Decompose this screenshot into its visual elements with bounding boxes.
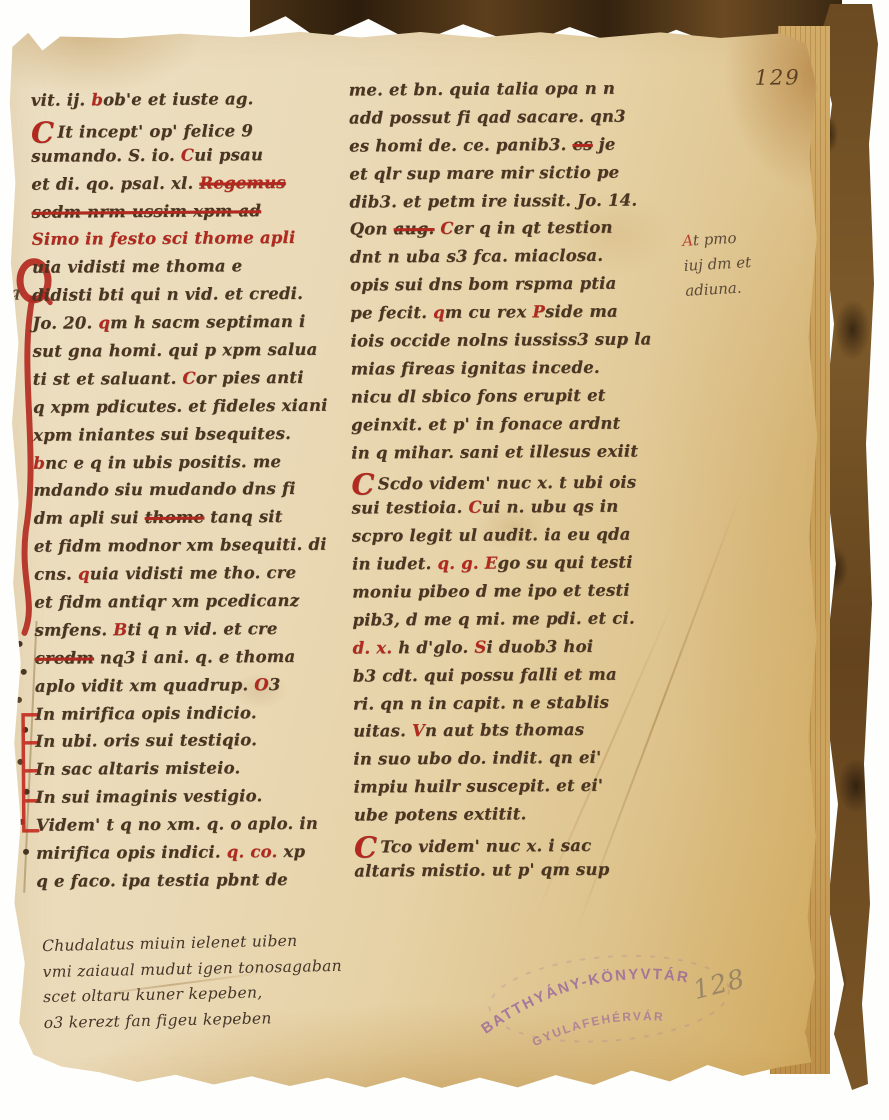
text-line: nicu dl sbico fons erupit et (351, 385, 686, 415)
text-line: d. x. h d'glo. Si duob3 hoi (353, 636, 688, 666)
text-line: xpm iniantes sui bsequites. (33, 423, 348, 453)
text-line: smfens. Bti q n vid. et cre (34, 618, 349, 648)
parchment-page: 129 q vit. ij. bob'e et iuste ag.CIt inc… (0, 17, 856, 1103)
text-line: add possut fi qad sacare. qn3 (349, 106, 684, 136)
text-line: dib3. et petm ire iussit. Jo. 14. (349, 190, 684, 220)
text-line: ti st et saluant. Cor pies anti (33, 367, 348, 397)
text-line: et di. qo. psal. xl. Regemus (31, 172, 346, 202)
text-line: cns. quia vidisti me tho. cre (34, 563, 349, 593)
text-line: in q mihar. sani et illesus exiit (351, 441, 686, 471)
text-line: dm apli sui thome tanq sit (34, 507, 349, 537)
text-line: in iudet. q. g. Ego su qui testi (352, 552, 687, 582)
text-line: pib3, d me q mi. me pdi. et ci. (352, 608, 687, 638)
svg-text:GYULAFEHÉRVÁR: GYULAFEHÉRVÁR (528, 1006, 667, 1050)
text-line: et fidm antiqr xm pcedicanz (34, 591, 349, 621)
text-line: Qon aug. Cer q in qt testion (350, 218, 685, 248)
text-line: dnt n uba s3 fca. miaclosa. (350, 246, 685, 276)
text-line: In sac altaris misteio. (35, 758, 350, 788)
text-line: in suo ubo do. indit. qn ei' (353, 748, 688, 778)
stamp-line-2: GYULAFEHÉRVÁR (528, 1006, 667, 1050)
text-line: sumando. S. io. Cui psau (31, 144, 346, 174)
text-line: sui testioia. Cui n. ubu qs in (352, 497, 687, 527)
text-line: q e faco. ipa testia pbnt de (36, 869, 351, 899)
text-line: Simo in festo sci thome apli (32, 228, 347, 258)
text-line: In sui imaginis vestigio. (36, 786, 351, 816)
text-line: es homi de. ce. panib3. es je (349, 134, 684, 164)
text-line: CTco videm' nuc x. i sac (354, 831, 689, 861)
text-line: aplo vidit xm quadrup. O3 (35, 674, 350, 704)
text-line: opis sui dns bom rspma ptia (350, 273, 685, 303)
text-line: CScdo videm' nuc x. t ubi ois (351, 469, 686, 499)
text-line: impiu huilr suscepit. et ei' (354, 775, 689, 805)
text-line: CIt incept' op' felice 9 (31, 116, 346, 146)
text-line: sut gna homi. qui p xpm salua (32, 340, 347, 370)
text-line: q xpm pdicutes. et fideles xiani (33, 395, 348, 425)
text-line: mdando siu mudando dns fi (33, 479, 348, 509)
text-line: ube potens extitit. (354, 803, 689, 833)
text-line: bnc e q in ubis positis. me (33, 451, 348, 481)
text-line: iois occide nolns iussiss3 sup la (350, 329, 685, 359)
margin-catch-letter: q (10, 285, 20, 301)
text-line: mirifica opis indici. q. co. xp (36, 842, 351, 872)
text-line: In ubi. oris sui testiqio. (35, 730, 350, 760)
text-line: Videm' t q no xm. q. o aplo. in (36, 814, 351, 844)
text-line: et qlr sup mare mir sictio pe (349, 162, 684, 192)
text-line: moniu pibeo d me ipo et testi (352, 580, 687, 610)
text-line: uia vidisti me thoma e (32, 256, 347, 286)
text-line: ri. qn n in capit. n e stablis (353, 692, 688, 722)
text-column-left: vit. ij. bob'e et iuste ag.CIt incept' o… (31, 89, 352, 900)
text-line: Jo. 20. qm h sacm septiman i (32, 312, 347, 342)
footer-gloss-old-hungarian: Chudalatus miuin ielenet uibenvmi zaiaua… (42, 930, 384, 1039)
text-line: mias fireas ignitas incede. (351, 357, 686, 387)
text-line: altaris mistio. ut p' qm sup (354, 859, 689, 889)
text-line: geinxit. et p' in fonace ardnt (351, 413, 686, 443)
text-line: adiuna. (685, 278, 754, 307)
text-line: pe fecit. qm cu rex Pside ma (350, 301, 685, 331)
text-line: credm nq3 i ani. q. e thoma (35, 646, 350, 676)
text-column-right: me. et bn. quia talia opa n nadd possut … (349, 78, 690, 889)
folio-number: 129 (755, 65, 801, 89)
text-line: et fidm modnor xm bsequiti. di (34, 535, 349, 565)
manuscript-photo: 129 q vit. ij. bob'e et iuste ag.CIt inc… (0, 0, 889, 1120)
text-line: sedm nrm ussim xpm ad (31, 200, 346, 230)
margin-note: At pmoiuj dm etadiuna. (682, 228, 754, 307)
text-line: me. et bn. quia talia opa n n (349, 78, 684, 108)
text-line: In mirifica opis indicio. (35, 702, 350, 732)
text-line: b3 cdt. qui possu falli et ma (353, 664, 688, 694)
text-line: didisti bti qui n vid. et credi. (32, 284, 347, 314)
text-line: uitas. Vn aut bts thomas (353, 720, 688, 750)
text-line: scpro legit ul audit. ia eu qda (352, 524, 687, 554)
text-line: vit. ij. bob'e et iuste ag. (31, 89, 346, 119)
